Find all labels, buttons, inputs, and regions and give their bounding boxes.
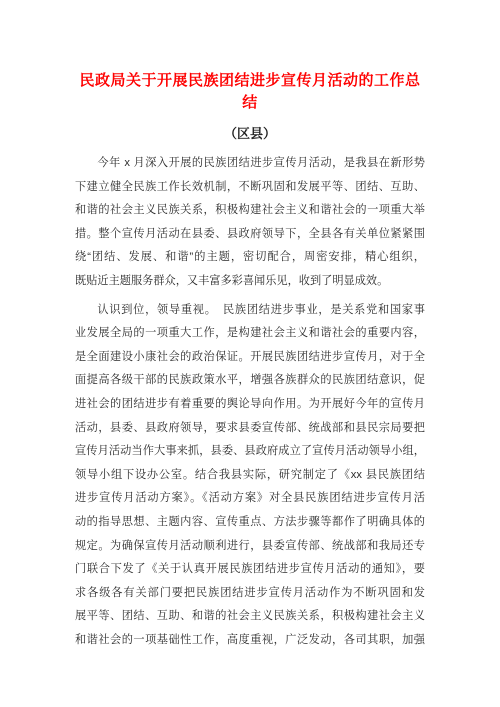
text-line: 下建立健全民族工作长效机制，不断巩固和发展平等、团结、互助、 [75,176,425,200]
text-line: 既贴近主题服务群众，又丰富多彩喜闻乐见，收到了明显成效。 [75,270,425,294]
text-line: 和谐社会的一项基础性工作，高度重视，广泛发动，各司其职，加强 [75,629,425,653]
text-line: 和谐的社会主义民族关系，积极构建社会主义和谐社会的一项重大举 [75,199,425,223]
paragraph: 认识到位，领导重视。 民族团结进步事业，是关系党和国家事业发展全局的一项重大工作… [75,299,425,653]
text-line: 措。整个宣传月活动在县委、县政府领导下，全县各有关单位紧紧围 [75,223,425,247]
text-line: 展平等、团结、互助、和谐的社会主义民族关系，积极构建社会主义 [75,605,425,629]
paragraph: 今年 x 月深入开展的民族团结进步宣传月活动，是我县在新形势下建立健全民族工作长… [75,152,425,294]
text-line: 宣传月活动当作大事来抓，县委、县政府成立了宣传月活动领导小组， [75,440,425,464]
text-line: 活动，县委、县政府领导，要求县委宣传部、统战部和县民宗局要把 [75,417,425,441]
text-line: 绕“团结、发展、和谐”的主题，密切配合，周密安排，精心组织， [75,246,425,270]
text-line: 规定。为确保宣传月活动顺利进行，县委宣传部、统战部和我局还专 [75,535,425,559]
text-line: 求各级各有关部门要把民族团结进步宣传月活动作为不断巩固和发 [75,582,425,606]
text-line: 进社会的团结进步有着重要的舆论导向作用。为开展好今年的宣传月 [75,393,425,417]
document-body: 今年 x 月深入开展的民族团结进步宣传月活动，是我县在新形势下建立健全民族工作长… [75,152,425,652]
text-line: 动的指导思想、主题内容、宣传重点、方法步骤等都作了明确具体的 [75,511,425,535]
page: 民政局关于开展民族团结进步宣传月活动的工作总结 （区县） 今年 x 月深入开展的… [0,0,500,707]
document-subtitle: （区县） [75,124,425,144]
text-line: 今年 x 月深入开展的民族团结进步宣传月活动，是我县在新形势 [75,152,425,176]
text-line: 业发展全局的一项重大工作，是构建社会主义和谐社会的重要内容， [75,322,425,346]
text-line: 是全面建设小康社会的政治保证。开展民族团结进步宣传月，对于全 [75,346,425,370]
text-line: 认识到位，领导重视。 民族团结进步事业，是关系党和国家事 [75,299,425,323]
document-title: 民政局关于开展民族团结进步宣传月活动的工作总结 [75,70,425,114]
text-line: 进步宣传月活动方案》。《活动方案》对全县民族团结进步宣传月活 [75,487,425,511]
text-line: 领导小组下设办公室。结合我县实际，研究制定了《xx 县民族团结 [75,464,425,488]
text-line: 门联合下发了《关于认真开展民族团结进步宣传月活动的通知》，要 [75,558,425,582]
text-line: 面提高各级干部的民族政策水平，增强各族群众的民族团结意识，促 [75,369,425,393]
